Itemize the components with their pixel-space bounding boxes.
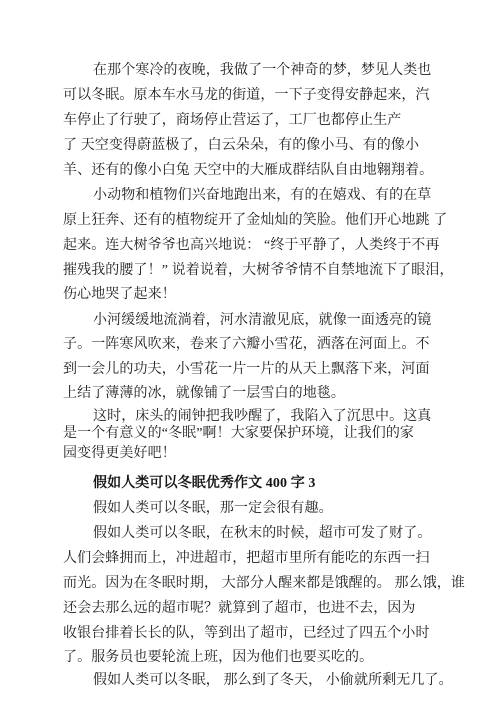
text-line: 原上狂奔、还有的植物绽开了金灿灿的笑脸。他们开心地跳 了	[63, 213, 447, 229]
text-line: 了 天空变得蔚蓝极了，白云朵朵，有的像小马、有的像小	[63, 138, 419, 154]
text-line: 而光。因为在冬眠时期， 大部分人醒来都是饿醒的。 那么饿，谁	[63, 576, 465, 592]
text-line: 了。服务员也要轮流上班，因为他们也要买吃的。	[63, 650, 373, 666]
text-line: 收银台排着长长的队，等到出了超市，已经过了四五个小时	[63, 626, 430, 642]
text-line: 小动物和植物们兴奋地跑出来，有的在嬉戏、有的在草	[63, 188, 431, 204]
text-line: 羊、还有的像小白兔 天空中的大雁成群结队自由地翱翔着。	[63, 163, 433, 179]
text-line: 摧残我的腰了！” 说着说着，大树爷爷情不自禁地流下了眼泪，	[63, 263, 454, 279]
text-line: 上结了薄薄的冰，就像铺了一层雪白的地毯。	[63, 386, 345, 402]
text-line: 假如人类可以冬眠， 那么到了冬天， 小偷就所剩无几了。	[63, 673, 453, 689]
text-line: 起来。连大树爷爷也高兴地说： “终于平静了，人类终于不再	[63, 238, 440, 254]
text-line: 子。一阵寒风吹来，卷来了六瓣小雪花，洒落在河面上。不	[63, 337, 430, 353]
text-line: 还会去那么远的超市呢？就算到了超市，也进不去，因为	[63, 601, 416, 617]
text-line: 伤心地哭了起来！	[63, 287, 176, 303]
text-line: 是一个有意义的“冬眠”啊！大家要保护环境，让我们的家	[63, 426, 414, 442]
document-page: 在那个寒冷的夜晚，我做了一个神奇的梦，梦见人类也可以冬眠。原本车水马龙的街道，一…	[0, 0, 500, 708]
text-line: 可以冬眠。原本车水马龙的街道，一下子变得安静起来，汽	[63, 88, 430, 104]
text-line: 车停止了行驶了，商场停止营运了，工厂也都停止生产	[63, 113, 401, 129]
text-line: 园变得更美好吧！	[63, 446, 176, 462]
text-line: 到一会儿的功夫，小雪花一片一片的从天上飘落下来，河面	[63, 362, 430, 378]
text-line: 人们会蜂拥而上，冲进超市，把超市里所有能吃的东西一扫	[63, 551, 430, 567]
text-line: 假如人类可以冬眠，在秋末的时候，超市可发了财了。	[63, 526, 431, 542]
essay-subtitle: 假如人类可以冬眠优秀作文 400 字 3	[63, 476, 316, 492]
text-line: 小河缓缓地流淌着，河水清澈见底，就像一面透亮的镜	[63, 313, 431, 329]
text-line: 在那个寒冷的夜晚，我做了一个神奇的梦，梦见人类也	[63, 63, 431, 79]
text-line: 这时，床头的闹钟把我吵醒了，我陷入了沉思中。这真	[63, 409, 431, 425]
text-line: 假如人类可以冬眠，那一定会很有趣。	[63, 501, 333, 517]
